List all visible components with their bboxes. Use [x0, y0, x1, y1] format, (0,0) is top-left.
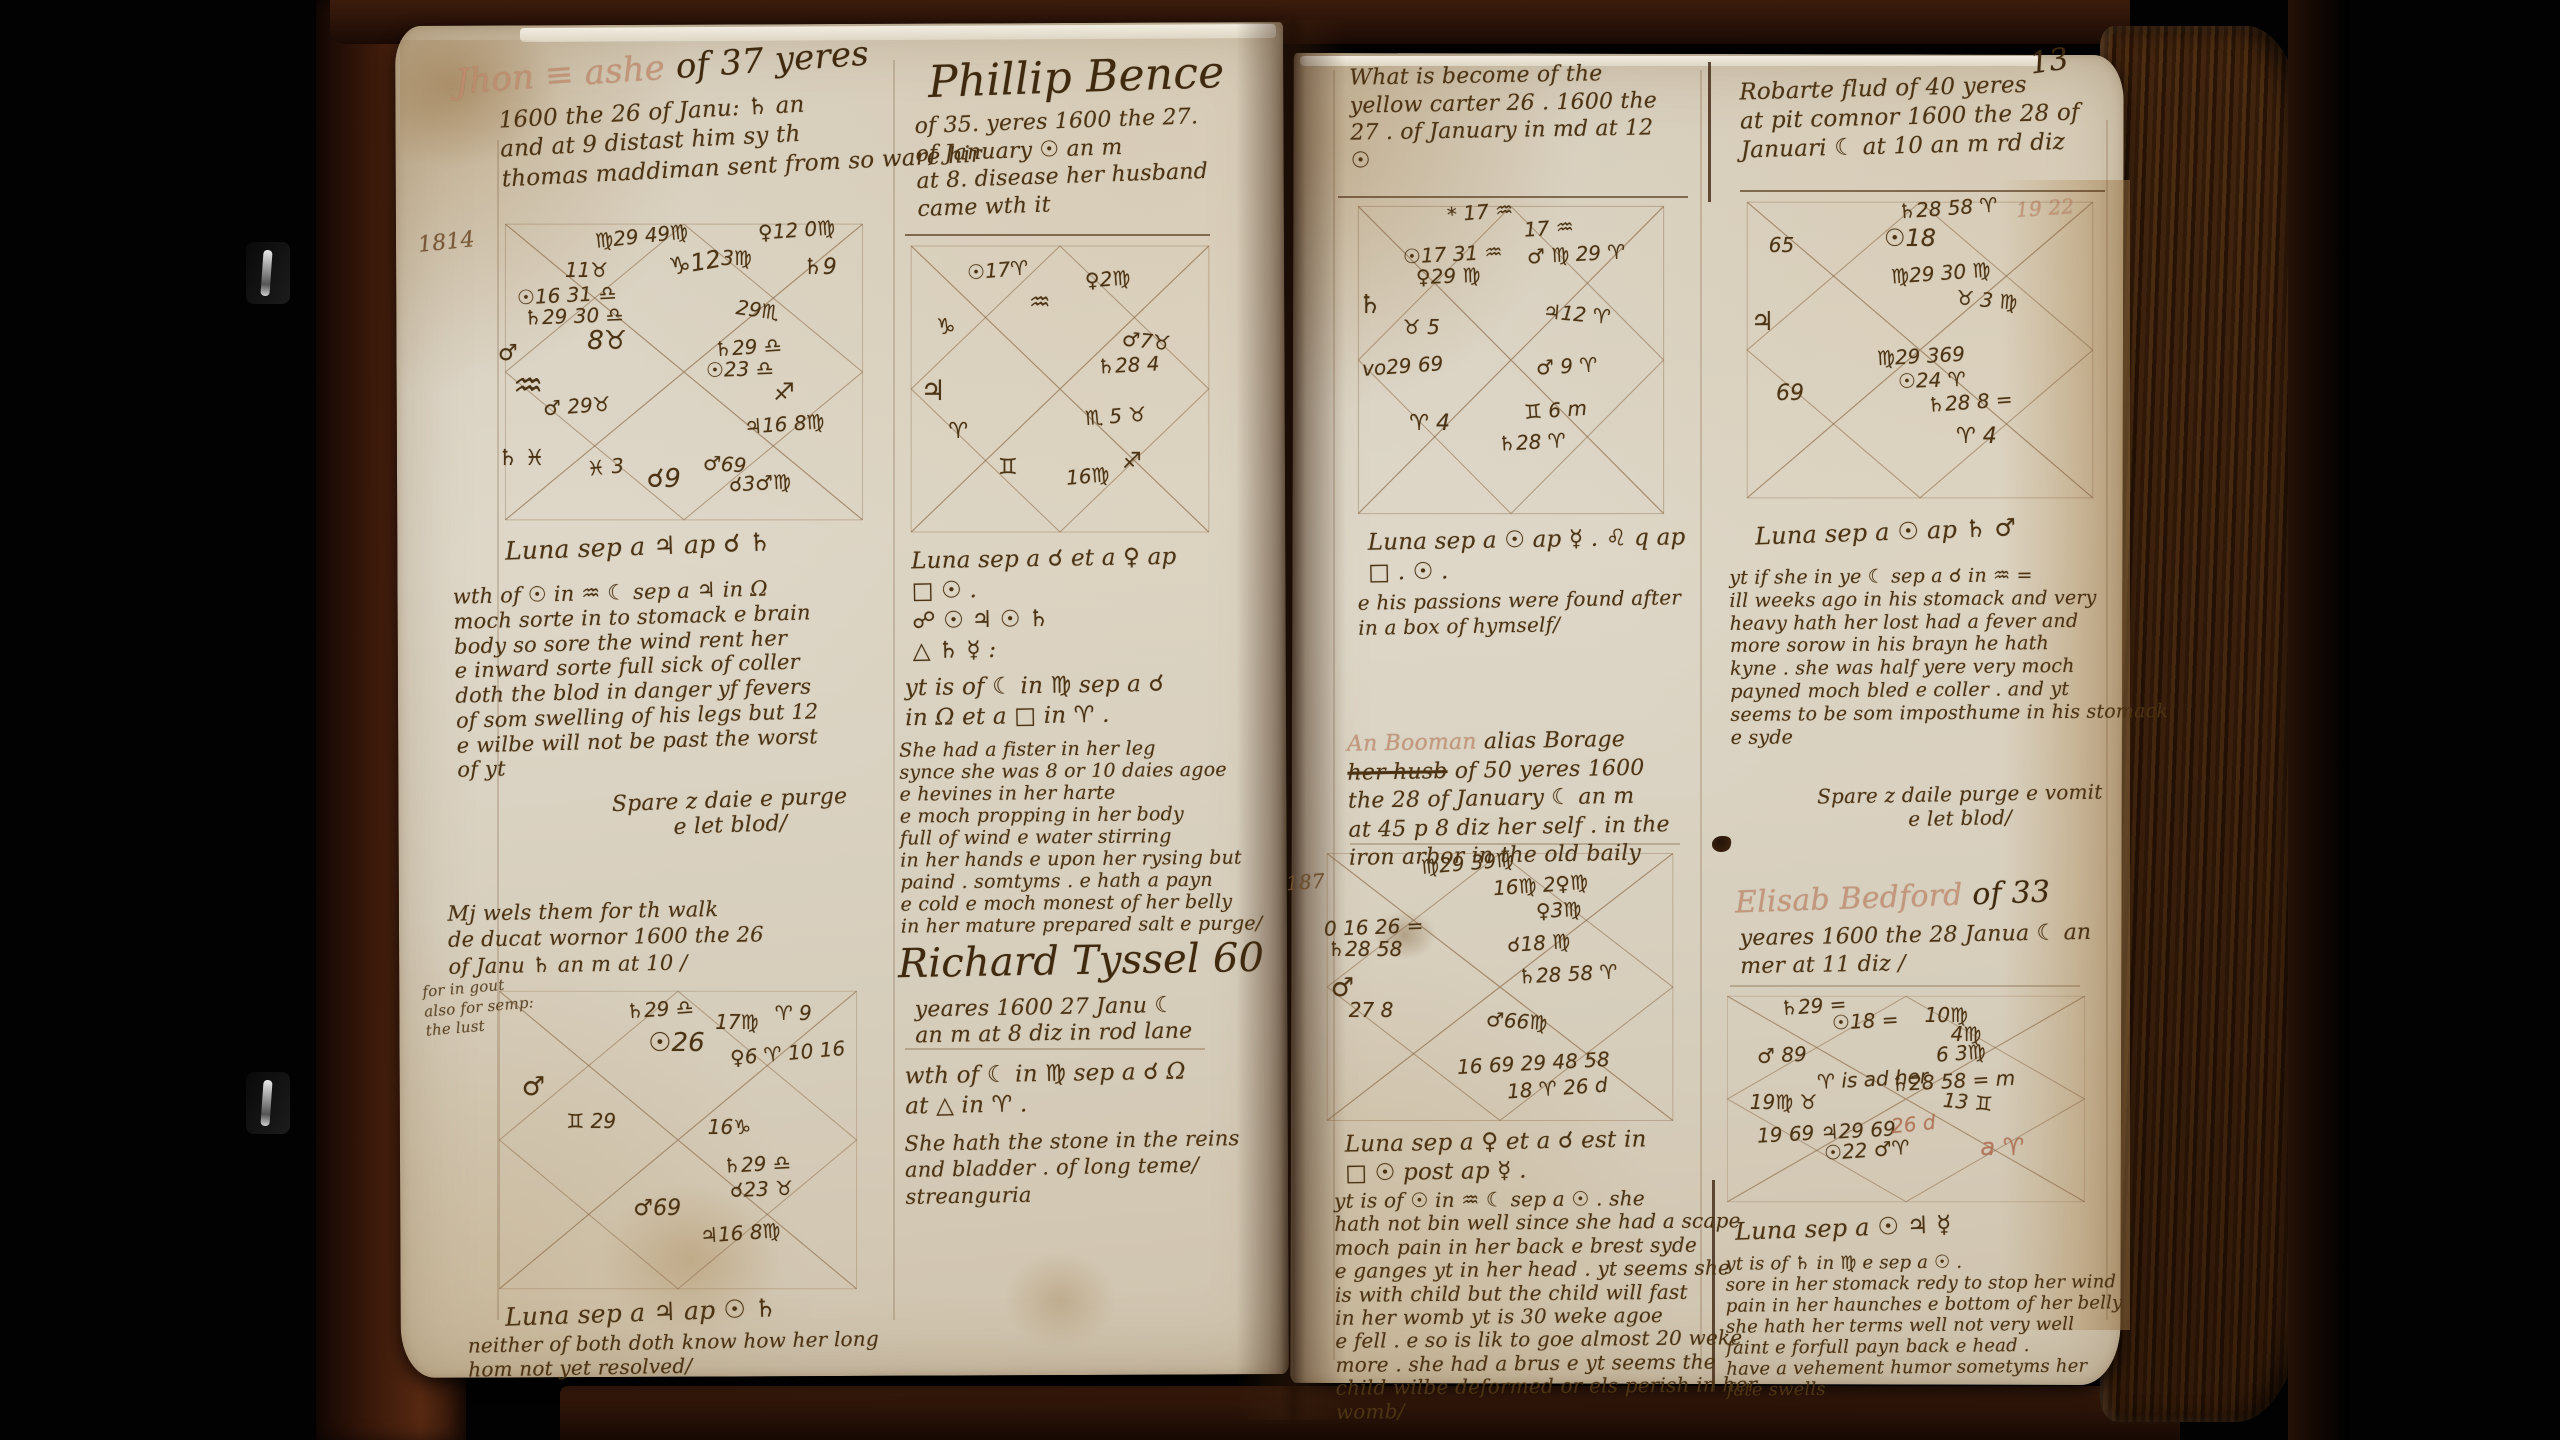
horoscope-chart-booman: ♍29 39♍16♍ 2♀♍♀3♍0 16 26 =♄28 58☌18 ♍♄28… [1320, 848, 1680, 1126]
chart-glyph-label: ☉18 = [1831, 1007, 1899, 1034]
chart-glyph-label: ☉24 ♈ [1898, 367, 1966, 393]
entry-date-lines: yeares 1600 the 28 Janua ☾ anmer at 11 d… [1740, 919, 2092, 980]
manuscript-line: in Ω et a □ in ♈ . [905, 700, 1165, 734]
manuscript-line: yt is of ☾ in ♍ sep a ☌ [904, 670, 1164, 704]
chart-glyph-label: vo29 69 [1361, 351, 1444, 381]
entry-heading-richard-tyssel: Richard Tyssel 60 [898, 935, 1265, 987]
manuscript-line: of Janu ♄ an m at 10 / [448, 948, 764, 980]
horoscope-chart-flud: ♄28 58 ♈☉1865♍29 30 ♍♉ 3 ♍♃♍29 369☉24 ♈♄… [1740, 196, 2100, 504]
case-paragraph: She hath the stone in the reinsand bladd… [904, 1125, 1240, 1210]
chart-glyph-label: 17♍ [715, 1010, 758, 1034]
chart-glyph-label: ☌3♂♍ [728, 469, 791, 496]
chart-glyph-label: ♂66♍ [1485, 1007, 1548, 1035]
chart-glyph-label: 13 ♊ [1942, 1088, 1994, 1116]
entry-heading-phillip-bence: Phillip Bence [927, 47, 1225, 108]
manuscript-line: full of wind e water stirring [900, 825, 1262, 850]
chart-glyph-label: ♄28 ♈ [1498, 429, 1567, 457]
manuscript-line: an m at 8 diz in rod lane [915, 1019, 1193, 1050]
manuscript-line: paind . somtyms . e hath a payn [900, 869, 1262, 894]
treatment-note: Spare z daie e purgee let blod/ [589, 783, 871, 843]
horoscope-chart-jhon-ashe: ♍29 49♍♀12 0♍♑123♍♄911♉☉16 31 ♎♄29 30 ♎8… [498, 218, 870, 526]
manuscript-line: in her mature prepared salt e purge/ [901, 913, 1263, 938]
entry-rule [1730, 985, 2080, 987]
patient-age: of 33 [1962, 875, 2051, 913]
casebook-photo: Jhon ≡ ashe of 37 yeres 1600 the 26 of J… [0, 0, 2560, 1440]
chart-glyph-label: ☌9 [647, 464, 681, 494]
horoscope-chart-bence: ☉17♈♀2♍♒♑♂7♉♄28 4♃♈♏ 5 ♉♊16♍♐ [905, 240, 1215, 538]
manuscript-line: e moch propping in her body [900, 803, 1262, 828]
chart-glyph-label: ♄9 [803, 255, 837, 280]
chart-glyph-label: 26 d [1890, 1110, 1937, 1139]
manuscript-line: synce she was 8 or 10 daies agoe [899, 758, 1261, 783]
chart-glyph-label: 16♑ [708, 1115, 751, 1139]
clasp-pin-icon [260, 1080, 272, 1127]
cover-edge-shadow [2288, 0, 2348, 1440]
chart-glyph-label: ♃ [921, 374, 946, 407]
manuscript-line: e cold e moch monest of her belly [900, 891, 1262, 916]
chart-glyph-label: ♓ 3 [586, 453, 625, 481]
chart-glyph-label: ♀2♍ [1084, 265, 1131, 292]
chart-glyph-label: ♂ 29♉ [542, 391, 611, 420]
chart-glyph-label: 8♉ [587, 326, 627, 356]
chart-glyph-label: ♂ [522, 1072, 545, 1102]
chart-glyph-label: 11♉ [565, 258, 608, 282]
manuscript-line: seems to be som imposthume in his stomac… [1730, 700, 2168, 727]
ink-divider [1708, 62, 1711, 202]
manuscript-line: She had a fister in her leg [899, 736, 1261, 761]
column-rule [893, 60, 895, 1320]
chart-glyph-label: ♐ [1122, 449, 1142, 474]
column-rule [1333, 70, 1335, 1360]
manuscript-line: 27 . of January in md at 12 [1350, 114, 1658, 147]
chart-glyph-label: 16♍ [1065, 462, 1110, 490]
chart-glyph-label: 6 3♍ [1935, 1040, 1986, 1067]
patient-name: An Booman [1347, 730, 1477, 757]
metal-clasp-upper [246, 242, 290, 304]
chart-glyph-label: ♈ 4 [1956, 424, 1997, 449]
chart-glyph-label: ♃16 8♍ [700, 1218, 782, 1248]
manuscript-line: e hevines in her harte [900, 780, 1262, 805]
chart-glyph-label: ♄ ♓ [498, 446, 544, 471]
manuscript-line: e ganges yt in her head . yt seems she [1335, 1256, 1757, 1283]
manuscript-line: □ . ☉ . [1368, 553, 1686, 588]
chart-glyph-label: ♈ [948, 419, 968, 444]
chart-glyph-label: ♏ 5 ♉ [1084, 402, 1147, 430]
alias: alias Borage [1476, 727, 1625, 755]
aspect-lines: Luna sep a ☉ ap ☿ . ♌ q ap□ . ☉ . [1368, 523, 1687, 588]
horoscope-chart-bedford: ♄29 =☉18 =10♍4♍6 3♍♂ 89♈ is ad her♄28 58… [1720, 992, 2092, 1206]
horoscope-chart-wels: ♄29 ♎☉2617♍♈ 9♀6 ♈ 10 16♂♊ 2916♑♄29 ♎☌23… [492, 985, 864, 1295]
struck-word: her husb [1347, 759, 1447, 786]
case-paragraph: yt if she in ye ☾ sep a ☌ in ♒ =ill week… [1729, 563, 2168, 749]
chart-glyph-label: ☉18 [1884, 224, 1936, 252]
patient-age: of 50 yeres 1600 [1447, 755, 1644, 783]
chart-glyph-label: ♐ [773, 378, 795, 406]
chart-glyph-label: ♊ [998, 455, 1018, 480]
manuscript-line: e syde [1731, 723, 2169, 750]
closing-lines: neither of both doth know how her longho… [468, 1326, 880, 1381]
entry-date-lines: of 35. yeres 1600 the 27.of January ☉ an… [914, 103, 1209, 223]
entry-date-lines: yeares 1600 27 Janu ☾an m at 8 diz in ro… [915, 993, 1193, 1051]
entry-rule [1740, 190, 2105, 192]
manuscript-line: ☍ ☉ ♃ ☉ ♄ [912, 602, 1178, 637]
chart-glyph-label: 27 8 [1349, 998, 1394, 1022]
chart-glyph-label: ♂ ♍ 29 ♈ [1526, 239, 1625, 268]
manuscript-line: Luna sep a ♀ et a ☌ est in [1345, 1125, 1647, 1159]
metal-clasp-lower [246, 1072, 290, 1134]
chart-glyph-label: ♉ 5 [1403, 315, 1440, 339]
chart-glyph-label: ☉17♈ [966, 255, 1029, 284]
case-paragraph: yt is of ☉ in ♒ ☾ sep a ☉ . shehath not … [1334, 1186, 1758, 1424]
judgment-lines: yt is of ☾ in ♍ sep a ☌in Ω et a □ in ♈ … [904, 670, 1165, 734]
horoscope-square-icon [905, 240, 1215, 538]
chart-glyph-label: ♃ [1751, 307, 1774, 337]
manuscript-line: at △ in ♈ . [905, 1087, 1186, 1122]
chart-glyph-label: ♈ 9 [775, 1001, 812, 1025]
chart-glyph-label: ♄ [1358, 290, 1381, 320]
manuscript-line: wth of ☾ in ♍ sep a ☌ Ω [904, 1058, 1185, 1093]
manuscript-line: □ ☉ post ap ☿ . [1345, 1154, 1647, 1188]
chart-glyph-label: ♍29 369 [1876, 342, 1965, 371]
chart-glyph-label: ♄29 ♎ [722, 1151, 791, 1179]
chart-glyph-label: ♂ 89 [1757, 1042, 1808, 1069]
entry-rule [905, 234, 1210, 236]
manuscript-line: Luna sep a ☌ et a ♀ ap [911, 543, 1177, 578]
chart-glyph-label: ♂69 [633, 1196, 681, 1221]
manuscript-line: △ ♄ ☿ : [913, 632, 1179, 667]
chart-glyph-label: ♒ [513, 366, 543, 406]
manuscript-line: de ducat wornor 1600 the 26 [448, 921, 764, 953]
chart-glyph-label: 17 ♒ [1523, 214, 1574, 241]
treatment-note: Spare z daile purge e vomite let blod/ [1810, 779, 2111, 832]
manuscript-line: womb/ [1336, 1397, 1758, 1424]
chart-glyph-label: ♄28 58 [1327, 937, 1402, 961]
chart-glyph-label: ♂ [498, 341, 518, 366]
horoscope-chart-carter: * 17 ♒17 ♒☉17 31 ♒♂ ♍ 29 ♈♀29 ♍♄♉ 5♃12 ♈… [1352, 200, 1670, 520]
chart-glyph-label: ☉23 ♎ [706, 355, 774, 381]
manuscript-line: have a vehement humor sometyms her [1726, 1356, 2123, 1381]
manuscript-line: she hath her terms well not very well [1726, 1313, 2123, 1338]
manuscript-line: child wilbe deformed or els perish in he… [1336, 1373, 1758, 1400]
chart-glyph-label: ♊ 6 m [1523, 396, 1587, 424]
observation-lines: e his passions were found afterin a box … [1358, 585, 1682, 641]
chart-glyph-label: ☉26 [648, 1028, 704, 1058]
manuscript-line: ☉ [1351, 142, 1659, 175]
entry-rule [1338, 196, 1688, 198]
chart-glyph-label: ♊ 29 [566, 1109, 616, 1133]
chart-glyph-label: ☌18 ♍ [1506, 929, 1571, 957]
entry-heading-yellow-carter: What is become of theyellow carter 26 . … [1349, 59, 1658, 174]
chart-glyph-label: 69 [1776, 381, 1804, 406]
chart-glyph-label: ♂ 9 ♈ [1536, 352, 1598, 379]
chart-glyph-label: 65 [1769, 233, 1794, 257]
judgment-lines: wth of ☾ in ♍ sep a ☌ Ωat △ in ♈ . [904, 1058, 1186, 1123]
chart-glyph-label: 3♍ [721, 246, 752, 270]
chart-glyph-label: ♒ [1029, 288, 1051, 316]
chart-glyph-label: ♀3♍ [1535, 897, 1582, 923]
clasp-pin-icon [260, 250, 272, 297]
manuscript-line: fate swells [1726, 1377, 2123, 1402]
case-paragraph: She had a fister in her legsynce she was… [899, 736, 1262, 937]
chart-glyph-label: 19♍ ♉ [1750, 1090, 1818, 1114]
chart-glyph-label: ☌23 ♉ [730, 1176, 794, 1202]
case-paragraph: yt is of ♄ in ♍ e sep a ☉ .sore in her s… [1725, 1250, 2123, 1401]
chart-glyph-label: ♄28 4 [1097, 352, 1161, 379]
chart-glyph-label: a ♈ [1980, 1133, 2024, 1161]
chart-glyph-label: ♀29 ♍ [1415, 263, 1480, 289]
chart-glyph-label: ♈ 4 [1409, 411, 1450, 436]
aspect-lines: Luna sep a ♀ et a ☌ est in□ ☉ post ap ☿ … [1345, 1125, 1648, 1188]
manuscript-line: Luna sep a ☉ ap ☿ . ♌ q ap [1368, 523, 1686, 558]
judgment-paragraph: wth of ☉ in ♒ ☾ sep a ♃ in Ωmoch sorte i… [452, 575, 820, 783]
entry-heading-robarte-flud: Robarte flud of 40 yeresat pit comnor 16… [1739, 70, 2081, 165]
manuscript-line: in her hands e upon her rysing but [900, 847, 1262, 872]
column-rule [1700, 70, 1702, 1360]
aspect-lines: Luna sep a ☌ et a ♀ ap□ ☉ .☍ ☉ ♃ ☉ ♄△ ♄ … [911, 543, 1178, 667]
chart-glyph-label: ♑ [936, 315, 956, 340]
entry-heading-wels: Mj wels them for th walkde ducat wornor … [447, 895, 764, 979]
manuscript-line: □ ☉ . [911, 573, 1177, 608]
